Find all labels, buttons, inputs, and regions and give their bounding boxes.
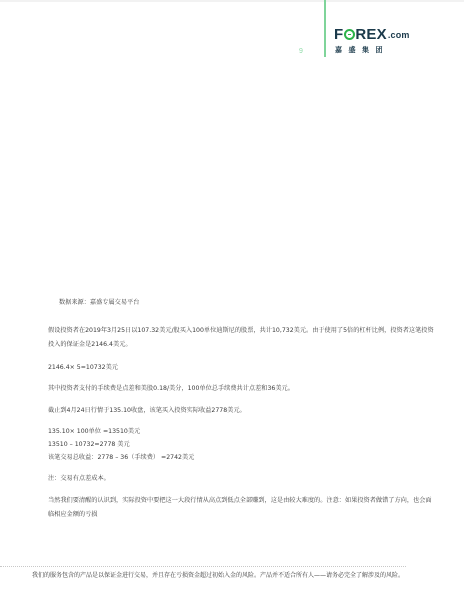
forex-o-mark-icon bbox=[344, 29, 355, 40]
footer-disclaimer: 我们的服务包含的产品是以保证金进行交易，并且存在亏损资金超过初始入金的风险。产品… bbox=[32, 570, 404, 579]
header-divider bbox=[324, 0, 326, 57]
footer-divider bbox=[0, 566, 406, 567]
paragraph-fees: 其中投资者支付的手续费是点差和美股0.18/美分，100单位总手续费共计点差和3… bbox=[48, 382, 294, 395]
calc-line-net: 该笔交易总收益：2778 – 36（手续费） =2742美元 bbox=[48, 451, 194, 464]
paragraph-risk-warning: 当然我们要清醒的认识到，实际投资中要把这一大段行情从高点到低点全部赚到，这是由较… bbox=[48, 494, 436, 522]
data-source: 数据来源：嘉盛专属交易平台 bbox=[59, 296, 139, 309]
calc-line-value: 135.10× 100单位 =13510美元 bbox=[48, 425, 140, 438]
forex-logo: FREX.com 嘉盛集团 bbox=[334, 27, 434, 59]
page-number: 9 bbox=[299, 48, 303, 55]
paragraph-investment-setup: 假设投资者在2019年3月25日以107.32美元/股买入100单位迪斯尼的股票… bbox=[48, 324, 436, 352]
note: 注：交易有点差成本。 bbox=[48, 472, 110, 485]
logo-wordmark: FREX.com bbox=[334, 27, 410, 43]
paragraph-leverage-calc: 2146.4× 5=10732美元 bbox=[48, 361, 118, 374]
paragraph-closing-price: 截止到4月24日行情于135.10收盘，该笔买入投资实际收益2778美元。 bbox=[48, 404, 246, 417]
logo-letters-rex: REX bbox=[355, 26, 386, 43]
logo-letter-f: F bbox=[334, 26, 343, 43]
page-top-edge bbox=[0, 0, 464, 2]
calc-line-gain: 13510 – 10732=2778 美元 bbox=[48, 438, 130, 451]
logo-domain: .com bbox=[388, 30, 410, 40]
logo-chinese-name: 嘉盛集团 bbox=[335, 45, 389, 55]
